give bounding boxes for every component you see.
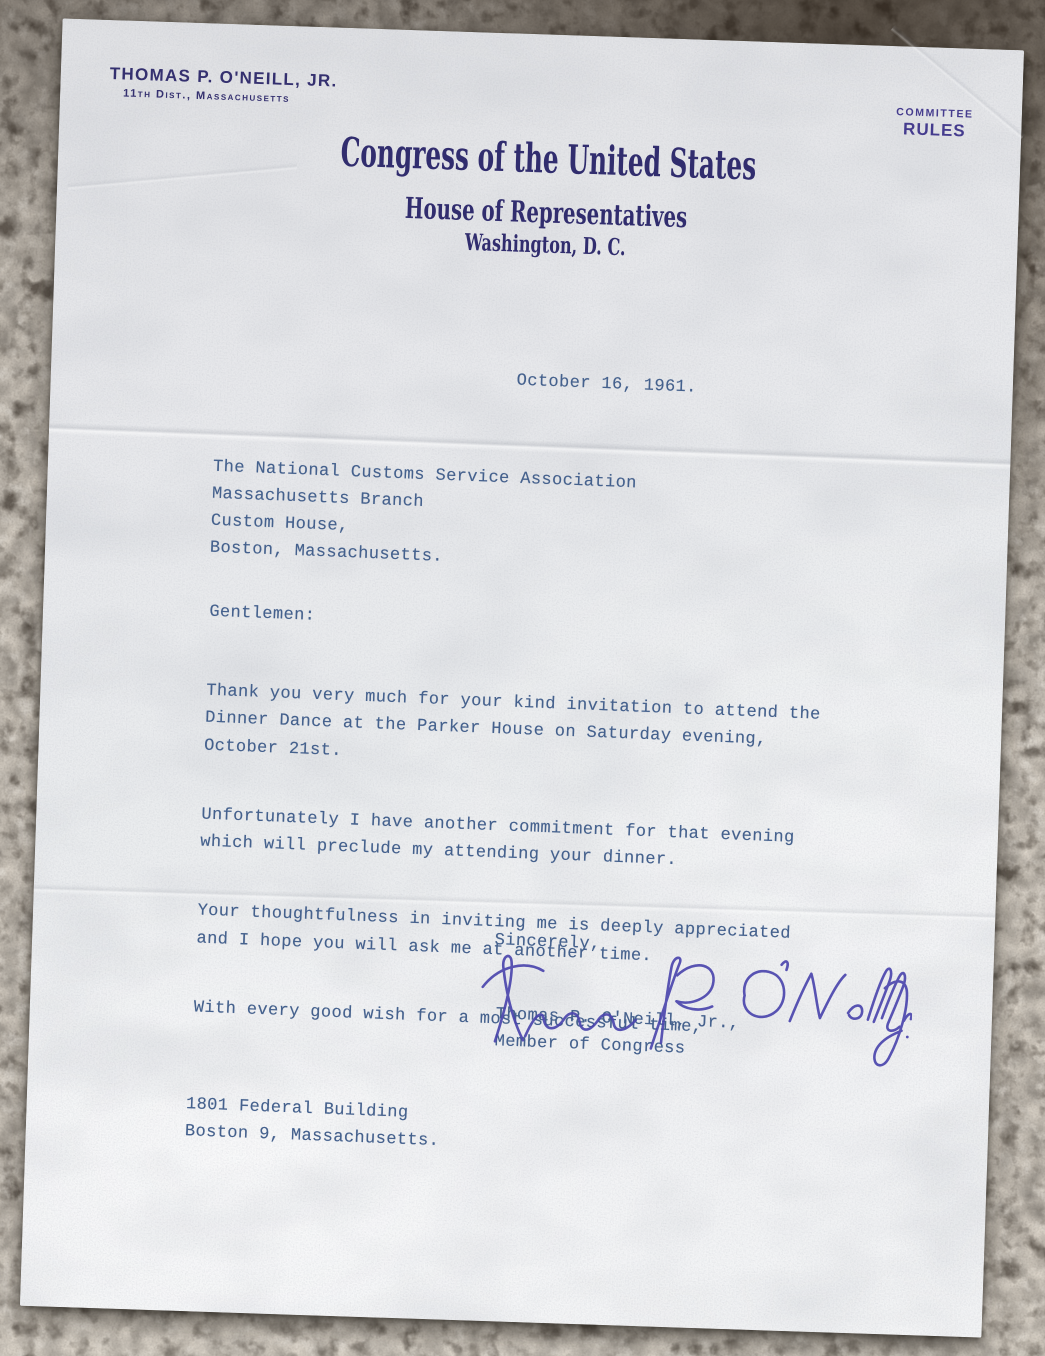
salutation: Gentlemen: xyxy=(209,598,900,653)
typed-title: Member of Congress xyxy=(494,1032,685,1058)
typed-name: Thomas P. O'Neill, Jr., xyxy=(495,1005,739,1034)
office-address-block: 1801 Federal Building Boston 9, Massachu… xyxy=(184,1091,440,1155)
typed-content-layer: October 16, 1961. The National Customs S… xyxy=(16,16,1028,1341)
recipient-line-3: Custom House, xyxy=(211,512,349,536)
office-address-line-1: 1801 Federal Building xyxy=(186,1095,409,1123)
recipient-line-2: Massachusetts Branch xyxy=(212,485,425,512)
date-line: October 16, 1961. xyxy=(516,372,697,398)
paragraph-1: Thank you very much for your kind invita… xyxy=(204,677,897,787)
recipient-line-4: Boston, Massachusetts. xyxy=(209,539,443,567)
recipient-address-block: The National Customs Service Association… xyxy=(209,454,637,579)
office-address-line-2: Boston 9, Massachusetts. xyxy=(185,1122,440,1151)
paragraph-2: Unfortunately I have another commitment … xyxy=(200,801,892,883)
typed-signature-block: Thomas P. O'Neill, Jr., Member of Congre… xyxy=(494,1001,740,1065)
letter-paper: THOMAS P. O'NEILL, JR. 11th Dist., Massa… xyxy=(20,18,1024,1337)
